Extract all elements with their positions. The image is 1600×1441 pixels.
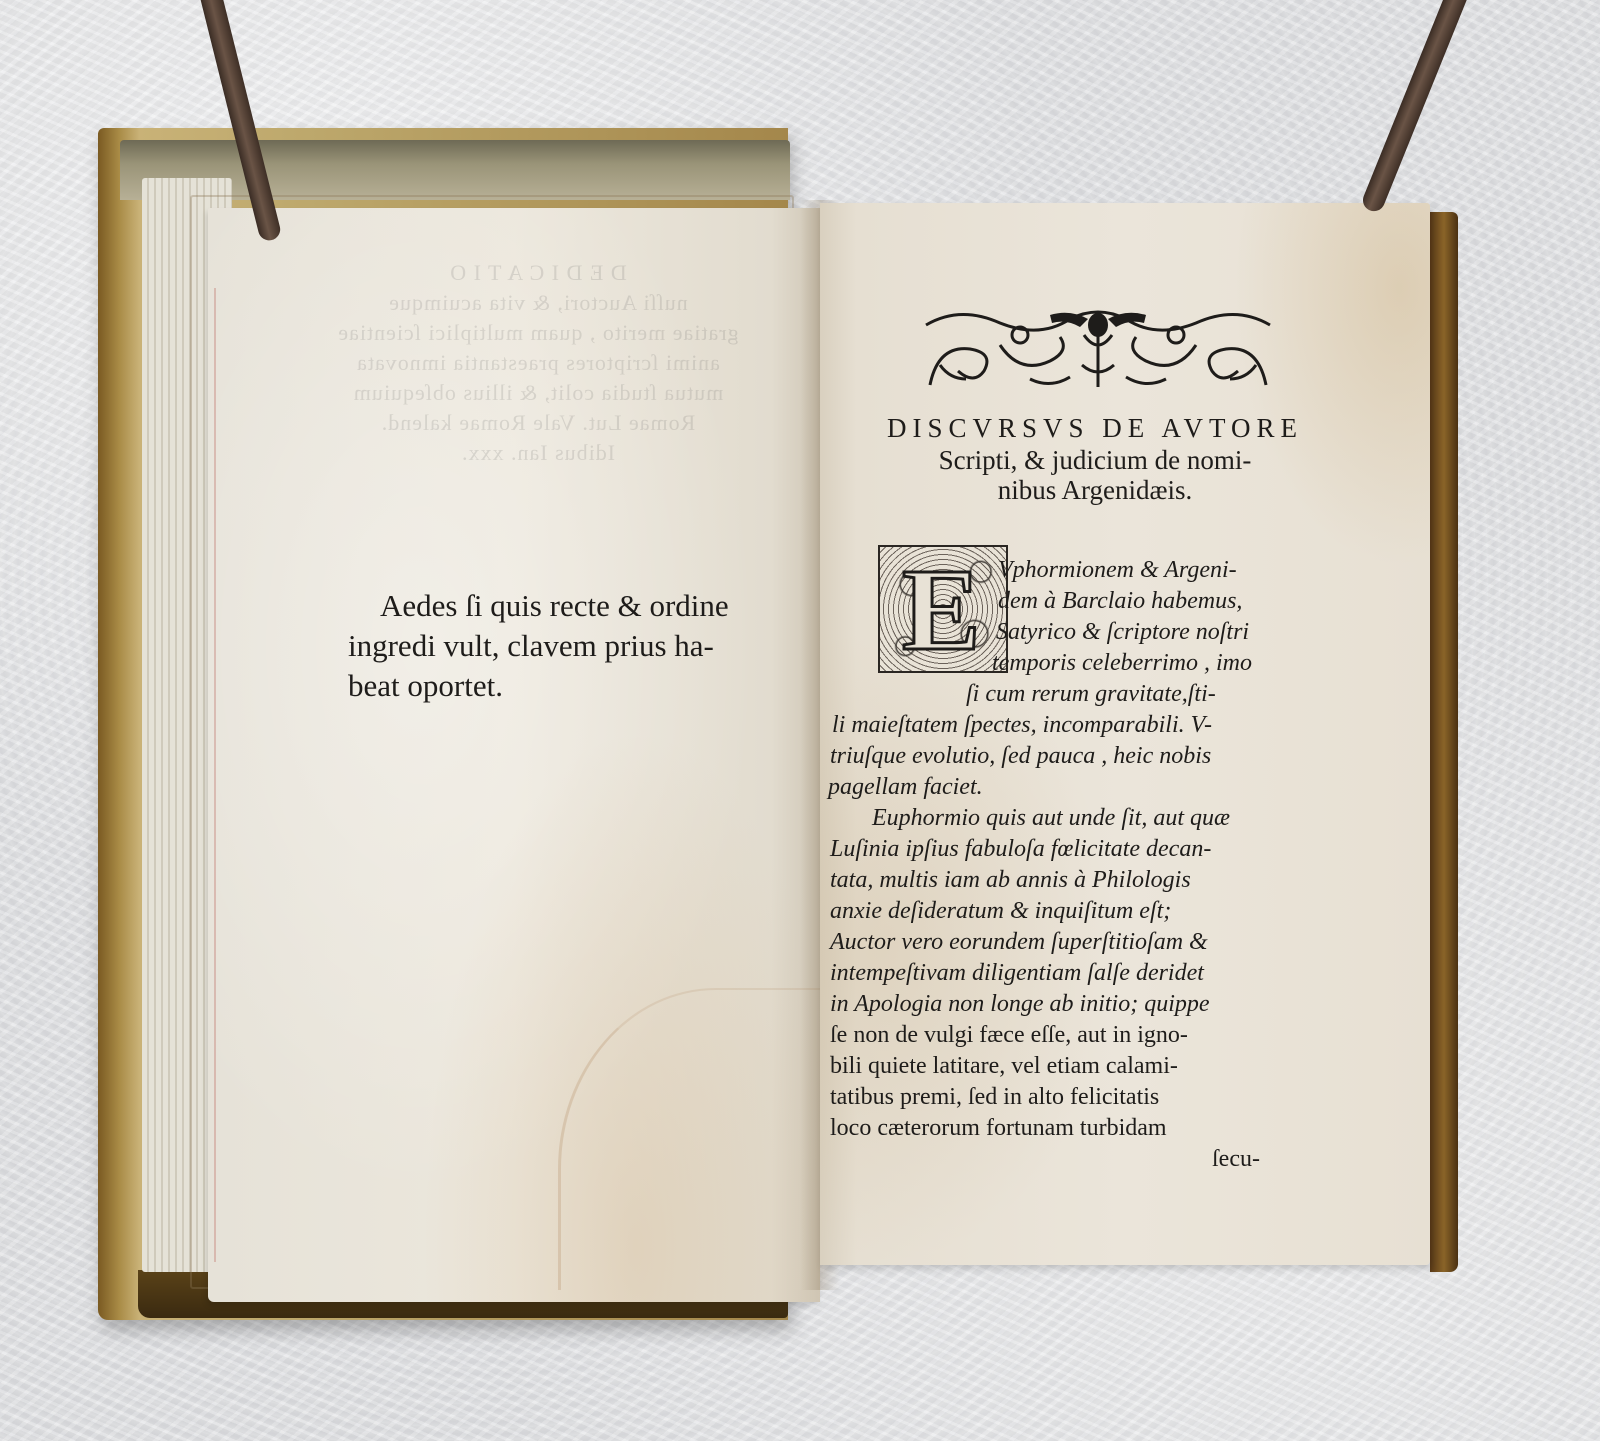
- catchword: ſecu-: [1212, 1144, 1260, 1175]
- show-through-line: animi ſcriptores praestantia imnovata: [308, 348, 768, 378]
- heading-subtitle-line: Scripti, & judicium de nomi-: [860, 445, 1330, 475]
- body-line: triuſque evolutio, ſed pauca , heic nobi…: [830, 741, 1211, 772]
- body-line: tatibus premi, ſed in alto felicitatis: [830, 1082, 1159, 1113]
- body-line: Auctor vero eorundem ſuperſtitioſam &: [830, 927, 1208, 958]
- body-line: Satyrico & ſcriptore noſtri: [996, 617, 1249, 648]
- body-line: tata, multis iam ab annis à Philologis: [830, 865, 1191, 896]
- body-line: Euphormio quis aut unde ſit, aut quæ: [872, 803, 1230, 834]
- epigraph-line: beat oportet.: [348, 666, 768, 706]
- body-line: ſe non de vulgi fæce eſſe, aut in igno-: [830, 1020, 1188, 1051]
- water-stain: [558, 988, 821, 1290]
- decorated-initial: E: [878, 545, 1008, 673]
- body-line: temporis celeberrimo , imo: [992, 648, 1252, 679]
- body-line: intempeſtivam diligentiam ſalſe deridet: [830, 958, 1204, 989]
- epigraph-line: ingredi vult, clavem prius ha-: [348, 626, 768, 666]
- body-line: Luſinia ipſius fabuloſa fœlicitate decan…: [830, 834, 1211, 865]
- body-line: pagellam faciet.: [828, 772, 983, 803]
- epigraph-line: Aedes ſi quis recte & ordine: [348, 586, 768, 626]
- show-through-line: Idibus Ian. xxx.: [308, 438, 768, 468]
- book-cover-right: [1430, 212, 1458, 1272]
- body-line: anxie deſideratum & inquiſitum eſt;: [830, 896, 1171, 927]
- show-through-line: nuſſi Auctori, & vita acuimque: [308, 288, 768, 318]
- section-heading: DISCVRSVS DE AVTORE Scripti, & judicium …: [860, 411, 1330, 505]
- epigraph: Aedes ſi quis recte & ordine ingredi vul…: [348, 586, 768, 706]
- headpiece-ornament-icon: [920, 305, 1276, 391]
- show-through-line: D E D I C A T I O: [308, 258, 768, 288]
- body-line: Vphormionem & Argeni-: [998, 555, 1237, 586]
- left-page: D E D I C A T I O nuſſi Auctori, & vita …: [208, 208, 820, 1302]
- right-page: DISCVRSVS DE AVTORE Scripti, & judicium …: [820, 203, 1430, 1265]
- red-page-edge: [214, 288, 216, 1262]
- show-through-line: mutua ſtudia colit, & illius obſequium: [308, 378, 768, 408]
- body-line: li maieſtatem ſpectes, incomparabili. V-: [832, 710, 1212, 741]
- body-line: ſi cum rerum gravitate,ſti-: [966, 679, 1216, 710]
- body-line: loco cæterorum fortunam turbidam: [830, 1113, 1167, 1144]
- show-through-line: Romae Lut. Vale Romae kalend.: [308, 408, 768, 438]
- body-line: in Apologia non longe ab initio; quippe: [830, 989, 1210, 1020]
- show-through-line: gratiae merito , quam multiplici ſcienti…: [308, 318, 768, 348]
- heading-caps: DISCVRSVS DE AVTORE: [860, 411, 1330, 445]
- drop-cap-letter: E: [902, 555, 981, 665]
- body-line: bili quiete latitare, vel etiam calami-: [830, 1051, 1178, 1082]
- heading-subtitle-line: nibus Argenidæis.: [860, 475, 1330, 505]
- body-line: dem à Barclaio habemus,: [998, 586, 1242, 617]
- show-through-text: D E D I C A T I O nuſſi Auctori, & vita …: [308, 258, 768, 468]
